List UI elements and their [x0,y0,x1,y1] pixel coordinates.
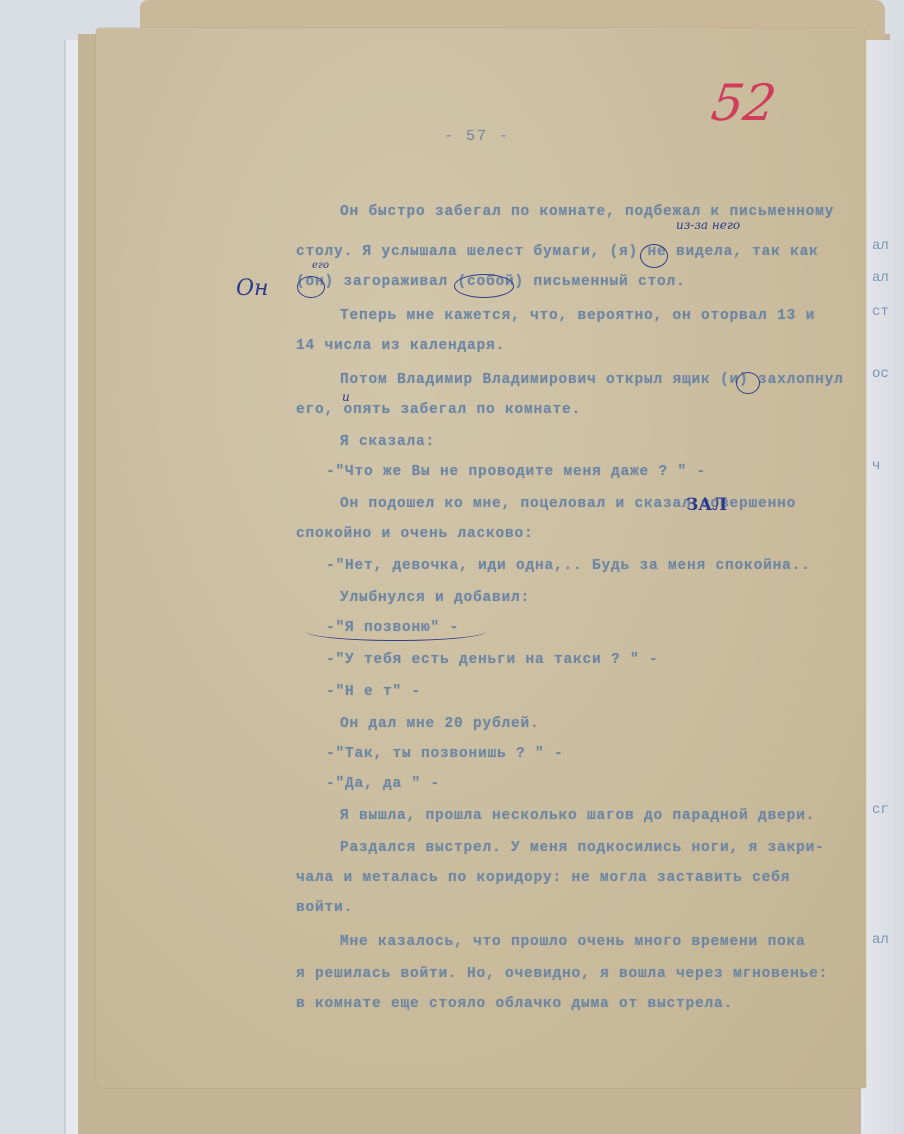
text-line: Улыбнулся и добавил: [340,590,530,606]
transposition-mark [306,622,486,641]
text-line: -"Что же Вы не проводите меня даже ? " - [326,464,706,480]
strike-bracket [640,244,668,268]
underlying-text-fragment: ос [872,366,889,382]
text-line: я решилась войти. Но, очевидно, я вошла … [296,966,828,982]
text-line: -"Да, да " - [326,776,440,792]
right-underlying-sheet [860,40,904,1134]
strike-bracket [454,274,514,298]
handwritten-insert-above: из-за него [676,218,740,232]
underlying-text-fragment: сг [872,802,889,818]
text-line: Раздался выстрел. У меня подкосились ног… [340,840,825,856]
strike-bracket [736,372,760,394]
text-line: спокойно и очень ласково: [296,526,534,542]
handwritten-insert: и [342,390,350,404]
folio-number: 52 [708,74,780,132]
text-line: Я сказала: [340,434,435,450]
text-line: -"Нет, девочка, иди одна,.. Будь за меня… [326,558,811,574]
page-number: - 57 - [444,128,510,145]
handwritten-correction: ЗАЛ [686,495,727,515]
underlying-text-fragment: ч [872,458,880,474]
text-line: в комнате еще стояло облачко дыма от выс… [296,996,733,1012]
strike-bracket [297,276,325,298]
text-line: -"Так, ты позвонишь ? " - [326,746,564,762]
text-line: Я вышла, прошла несколько шагов до парад… [340,808,815,824]
text-line: его, опять забегал по комнате. [296,402,581,418]
text-line: Он подошел ко мне, поцеловал и сказал со… [340,496,796,512]
text-line: Мне казалось, что прошло очень много вре… [340,934,806,950]
underlying-text-fragment: ал [872,932,889,948]
text-line: войти. [296,900,353,916]
margin-note: Он [236,276,269,301]
underlying-text-fragment: ал [872,270,889,286]
text-line: Теперь мне кажется, что, вероятно, он от… [340,308,815,324]
underlying-text-fragment: ал [872,238,889,254]
text-line: столу. Я услышала шелест бумаги, (я) не … [296,244,819,260]
text-line: Потом Владимир Владимирович открыл ящик … [340,372,844,388]
text-line: 14 числа из календаря. [296,338,505,354]
text-line: Он дал мне 20 рублей. [340,716,540,732]
text-line: Он быстро забегал по комнате, подбежал к… [340,204,834,220]
text-line: -"Н е т" - [326,684,421,700]
handwritten-insert-above: его [312,260,329,271]
underlying-text-fragment: ст [872,304,889,320]
text-line: -"У тебя есть деньги на такси ? " - [326,652,659,668]
text-line: чала и металась по коридору: не могла за… [296,870,790,886]
